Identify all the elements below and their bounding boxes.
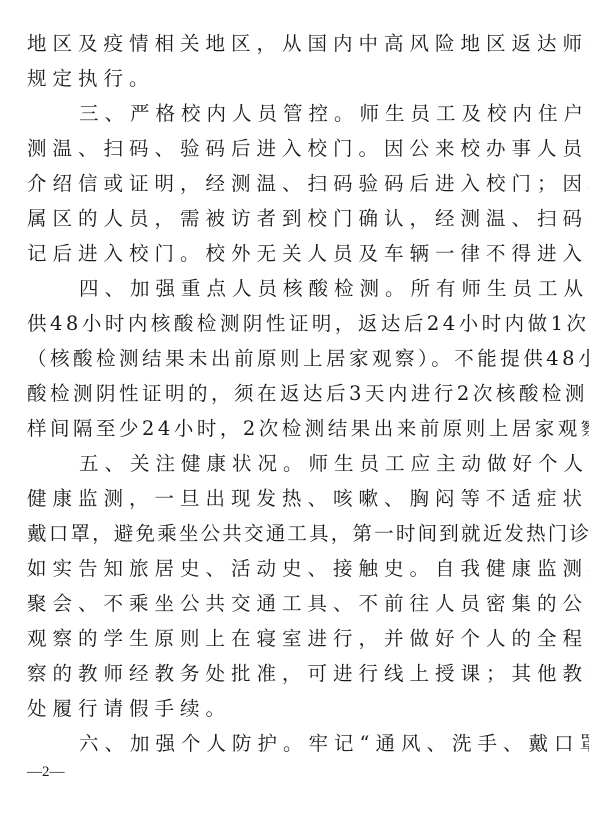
text-line: 酸检测阴性证明的，须在返达后3天内进行2次核酸检测（2次采	[27, 376, 533, 411]
text-line: 处履行请假手续。	[27, 691, 533, 726]
section-heading-line: 六、加强个人防护。牢记“通风、洗手、戴口罩”个人防疫	[27, 726, 533, 761]
page-number: —2—	[27, 764, 65, 781]
text-line: 地区及疫情相关地区，从国内中高风险地区返达师生按属地防疫	[27, 26, 533, 61]
document-page: 地区及疫情相关地区，从国内中高风险地区返达师生按属地防疫 规定执行。 三、严格校…	[27, 26, 533, 761]
text-line: 介绍信或证明，经测温、扫码验码后进入校门；因私来访校内家	[27, 166, 533, 201]
text-line: 聚会、不乘坐公共交通工具、不前往人员密集的公共场所。居家	[27, 586, 533, 621]
text-line: 戴口罩，避免乘坐公共交通工具，第一时间到就近发热门诊就诊，	[27, 516, 533, 551]
text-line: 察的教师经教务处批准，可进行线上授课；其他教职工需向人事	[27, 656, 533, 691]
text-line: 测温、扫码、验码后进入校门。因公来校办事人员凭单位公函、	[27, 131, 533, 166]
text-line: 规定执行。	[27, 61, 533, 96]
section-heading-line: 五、关注健康状况。师生员工应主动做好个人及家庭成员的	[27, 446, 533, 481]
section-heading-line: 四、加强重点人员核酸检测。所有师生员工从外地返校需提	[27, 271, 533, 306]
text-line: 供48小时内核酸检测阴性证明，返达后24小时内做1次核酸检测	[27, 306, 533, 341]
text-line: 观察的学生原则上在寝室进行，并做好个人的全程防护；居家观	[27, 621, 533, 656]
text-line: 记后进入校门。校外无关人员及车辆一律不得进入学校。	[27, 236, 533, 271]
text-line: 如实告知旅居史、活动史、接触史。自我健康监测期间，不聚餐	[27, 551, 533, 586]
text-line: 样间隔至少24小时，2次检测结果出来前原则上居家观察）。	[27, 411, 533, 446]
text-line: （核酸检测结果未出前原则上居家观察）。不能提供48小时内核	[27, 341, 533, 376]
section-heading-line: 三、严格校内人员管控。师生员工及校内住户凭有效证件经	[27, 96, 533, 131]
text-line: 健康监测，一旦出现发热、咳嗽、胸闷等不适症状时，请立即佩	[27, 481, 533, 516]
text-line: 属区的人员，需被访者到校门确认，经测温、扫码验码、核验登	[27, 201, 533, 236]
